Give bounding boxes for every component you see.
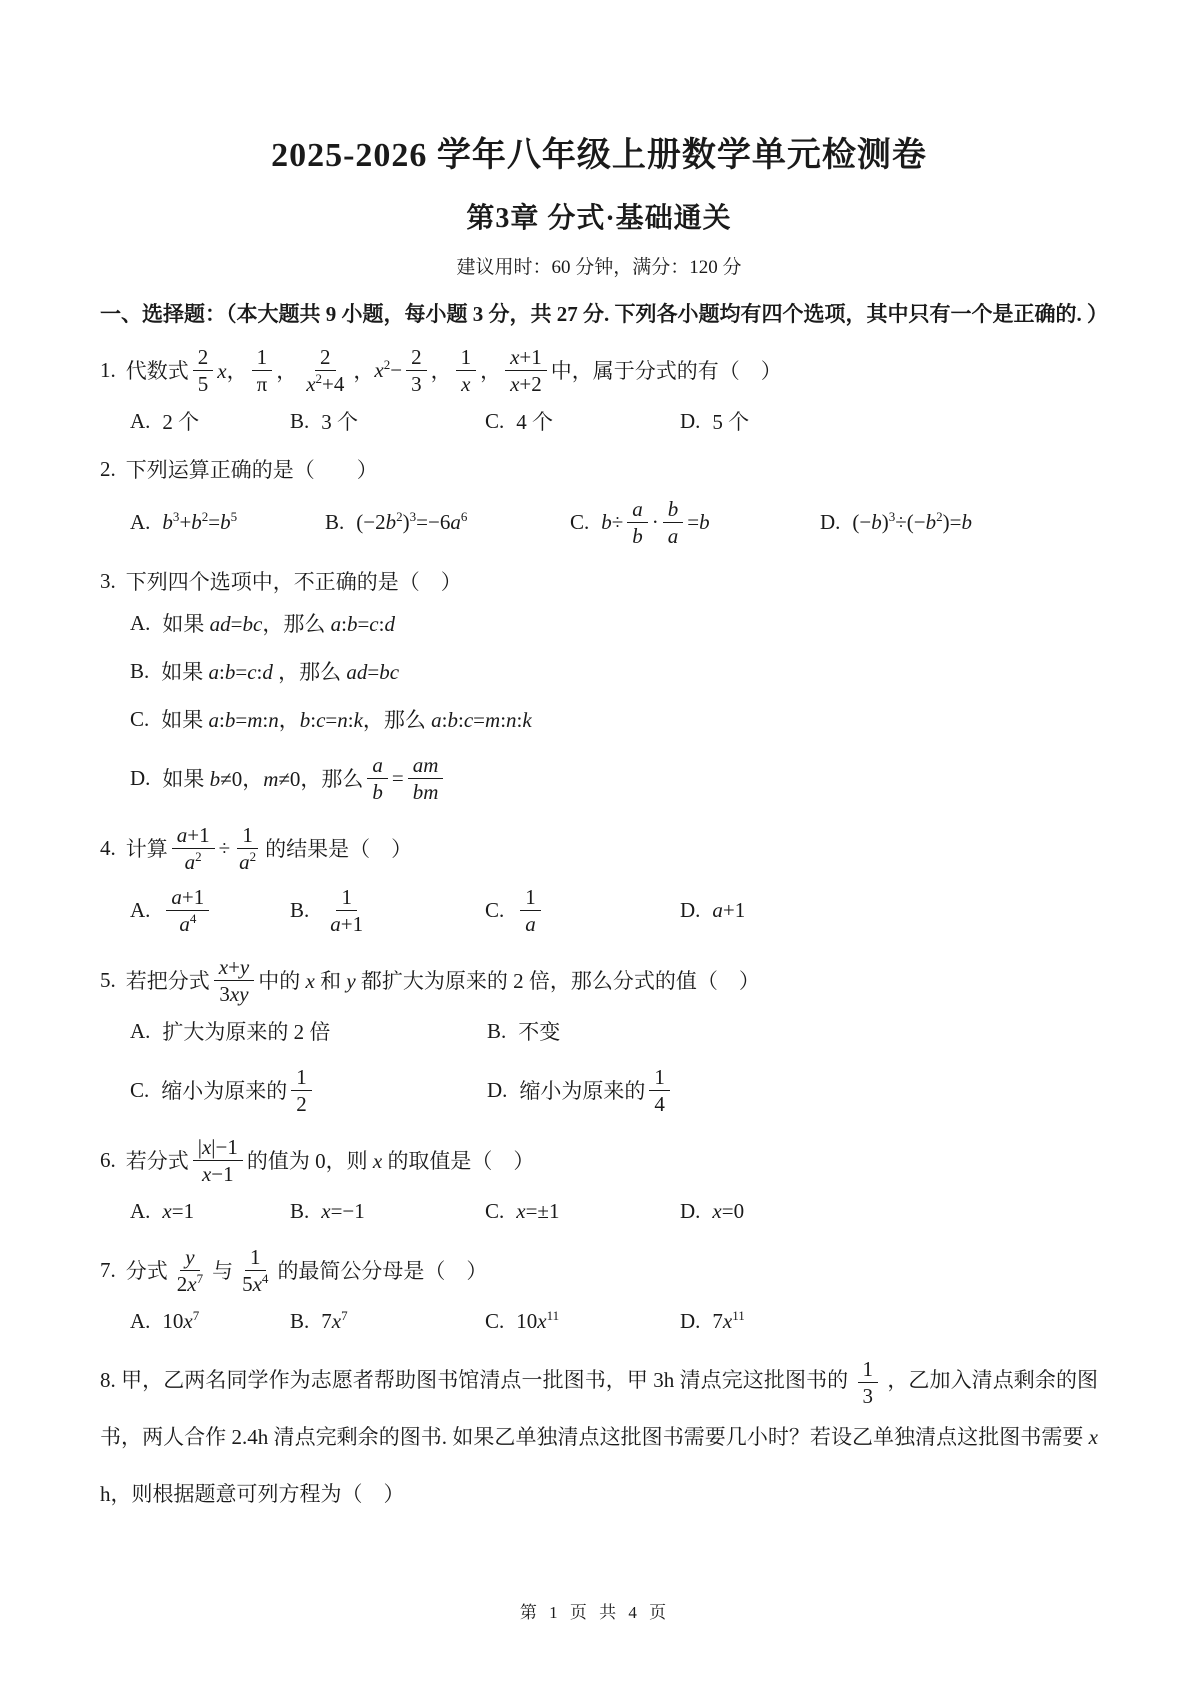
fraction: 1x: [456, 345, 477, 396]
separator: ，: [431, 355, 452, 385]
fraction: 23: [406, 345, 427, 396]
option-d: D.缩小为原来的14: [487, 1062, 1098, 1118]
math-expression: x，: [217, 355, 247, 385]
fraction-denominator: a+1: [325, 911, 368, 936]
option-c: C. b÷ ab · ba =b: [570, 494, 820, 550]
question-part: 甲，乙两名同学作为志愿者帮助图书馆清点一批图书，甲 3h 清点完这批图书的: [121, 1368, 848, 1392]
page-subtitle: 第3章 分式·基础通关: [100, 201, 1098, 236]
question-7-options: A.10x7 B.7x7 C.10x11 D.7x11: [100, 1304, 1098, 1338]
section-heading: 一、选择题：（本大题共 9 小题，每小题 3 分，共 27 分. 下列各小题均有…: [100, 299, 1098, 331]
question-3-option-d: D. 如果 b≠0，m≠0，那么 ab = ambm: [100, 750, 1098, 806]
question-5-options-cd: C.缩小为原来的12 D.缩小为原来的14: [100, 1062, 1098, 1118]
option-label: A.: [130, 510, 150, 535]
fraction-denominator: bm: [408, 779, 444, 804]
question-lead: 分式: [126, 1255, 168, 1285]
option-math: x=1: [162, 1199, 194, 1224]
fraction: ab: [627, 497, 648, 548]
option-c: C.10x11: [485, 1304, 680, 1338]
fraction: a+1a2: [172, 823, 215, 874]
question-2-options: A.b3+b2=b5 B.(−2b2)3=−6a6 C. b÷ ab · ba …: [100, 494, 1098, 550]
question-number: 7.: [100, 1258, 116, 1283]
question-lead: 下列运算正确的是（ ）: [126, 454, 378, 484]
fraction-denominator: a: [663, 523, 684, 548]
question-1-options: A.2 个 B.3 个 C.4 个 D.5 个: [100, 404, 1098, 438]
fraction-numerator: x+1: [505, 345, 547, 371]
question-lead: 若把分式: [126, 965, 210, 995]
option-text: 3 个: [321, 406, 358, 436]
fraction-denominator: b: [627, 523, 648, 548]
option-text: 不变: [518, 1016, 560, 1046]
option-a: A.2 个: [130, 404, 290, 438]
option-label: A.: [130, 898, 150, 923]
option-math: 如果 ad=bc，那么 a:b=c:d: [162, 608, 395, 638]
fraction: x+1x+2: [505, 345, 547, 396]
fraction: 15x4: [237, 1245, 273, 1296]
option-label: C.: [485, 898, 504, 923]
option-label: C.: [485, 1309, 504, 1334]
option-label: B.: [130, 659, 149, 684]
question-6-options: A.x=1 B.x=−1 C.x=±1 D.x=0: [100, 1194, 1098, 1228]
question-lead: 下列四个选项中，不正确的是（ ）: [126, 566, 462, 596]
question-number: 2.: [100, 457, 116, 482]
exam-page: 2025-2026 学年八年级上册数学单元检测卷 第3章 分式·基础通关 建议用…: [0, 0, 1190, 1682]
option-label: A.: [130, 1199, 150, 1224]
option-math: b3+b2=b5: [162, 510, 237, 535]
option-a: A.x=1: [130, 1194, 290, 1228]
question-number: 1.: [100, 358, 116, 383]
fraction-denominator: 5x4: [237, 1271, 273, 1296]
question-tail: 的最简公分母是（ ）: [277, 1255, 487, 1285]
question-3-option-a: A.如果 ad=bc，那么 a:b=c:d: [100, 606, 1098, 640]
fraction-denominator: 4: [649, 1091, 670, 1116]
exam-meta: 建议用时：60 分钟，满分：120 分: [100, 252, 1098, 279]
separator: ，: [276, 355, 297, 385]
question-lead: 若分式: [126, 1145, 189, 1175]
option-math: 如果 b≠0，m≠0，那么: [162, 763, 363, 793]
fraction-denominator: 3: [406, 371, 427, 396]
fraction: 13: [858, 1357, 879, 1408]
fraction-numerator: a: [367, 753, 388, 779]
fraction-numerator: a+1: [172, 823, 215, 849]
multiplication-dot: ·: [652, 510, 659, 535]
fraction-numerator: b: [663, 497, 684, 523]
option-math: x=−1: [321, 1199, 365, 1224]
option-label: D.: [487, 1078, 507, 1103]
question-6-text: 6. 若分式 |x|−1x−1 的值为 0，则 x 的取值是（ ）: [100, 1132, 1098, 1188]
page-footer: 第 1 页 共 4 页: [0, 1598, 1190, 1623]
fraction-denominator: x−1: [197, 1161, 239, 1186]
fraction-numerator: y: [180, 1245, 199, 1271]
question-4-text: 4. 计算 a+1a2 ÷ 1a2 的结果是（ ）: [100, 820, 1098, 876]
option-text: 缩小为原来的: [519, 1075, 645, 1105]
fraction-numerator: |x|−1: [193, 1135, 243, 1161]
separator: ，: [480, 355, 501, 385]
question-1-text: 1. 代数式 25 x， 1π ， 2x2+4 ， x2− 23 ， 1x ， …: [100, 342, 1098, 398]
option-text: 4 个: [516, 406, 553, 436]
option-label: C.: [130, 707, 149, 732]
option-label: B.: [290, 898, 309, 923]
option-math: (−b)3÷(−b2)=b: [852, 510, 972, 535]
question-tail: 中的 x 和 y 都扩大为原来的 2 倍，那么分式的值（ ）: [258, 965, 760, 995]
option-label: C.: [570, 510, 589, 535]
option-label: D.: [680, 898, 700, 923]
option-d: D.(−b)3÷(−b2)=b: [820, 494, 1098, 550]
option-b: B.1a+1: [290, 882, 485, 938]
fraction-numerator: a: [627, 497, 648, 523]
question-part: h，则根据题意可列方程为（ ）: [100, 1482, 405, 1506]
option-label: D.: [130, 766, 150, 791]
question-tail: 中，属于分式的有（ ）: [551, 355, 782, 385]
option-label: A.: [130, 1019, 150, 1044]
option-math: 如果 a:b=c:d ，那么 ad=bc: [161, 656, 399, 686]
option-text: 5 个: [712, 406, 749, 436]
fraction-denominator: a2: [234, 849, 261, 874]
option-b: B.不变: [487, 1014, 1098, 1048]
fraction-numerator: 1: [858, 1357, 879, 1383]
question-tail: 的结果是（ ）: [265, 833, 412, 863]
question-5-text: 5. 若把分式 x+y3xy 中的 x 和 y 都扩大为原来的 2 倍，那么分式…: [100, 952, 1098, 1008]
fraction: 2x2+4: [301, 345, 349, 396]
fraction-denominator: a4: [174, 911, 201, 936]
option-label: D.: [680, 1199, 700, 1224]
fraction: ambm: [408, 753, 444, 804]
fraction-numerator: 2: [193, 345, 214, 371]
option-label: B.: [487, 1019, 506, 1044]
question-3-option-b: B.如果 a:b=c:d ，那么 ad=bc: [100, 654, 1098, 688]
option-b: B.7x7: [290, 1304, 485, 1338]
fraction-numerator: 1: [456, 345, 477, 371]
option-math: x=±1: [516, 1199, 559, 1224]
question-4-options: A.a+1a4 B.1a+1 C.1a D.a+1: [100, 882, 1098, 938]
fraction-numerator: am: [408, 753, 444, 779]
option-label: B.: [290, 1309, 309, 1334]
option-d: D.5 个: [680, 404, 1098, 438]
option-text: 缩小为原来的: [161, 1075, 287, 1105]
option-math: =b: [687, 510, 709, 535]
fraction-numerator: 2: [315, 345, 336, 371]
fraction-numerator: 1: [520, 885, 541, 911]
option-d: D.a+1: [680, 882, 1098, 938]
option-label: D.: [820, 510, 840, 535]
fraction: ba: [663, 497, 684, 548]
option-label: D.: [680, 409, 700, 434]
fraction-denominator: x+2: [505, 371, 547, 396]
option-c: C.x=±1: [485, 1194, 680, 1228]
fraction-numerator: x+y: [214, 955, 255, 981]
question-number: 3.: [100, 569, 116, 594]
option-label: B.: [290, 1199, 309, 1224]
fraction: 1a2: [234, 823, 261, 874]
option-label: C.: [485, 1199, 504, 1224]
question-8-text: 8. 甲，乙两名同学作为志愿者帮助图书馆清点一批图书，甲 3h 清点完这批图书的…: [100, 1352, 1098, 1522]
question-number: 4.: [100, 836, 116, 861]
option-label: A.: [130, 611, 150, 636]
fraction: 12: [291, 1065, 312, 1116]
separator: ，: [353, 355, 374, 385]
fraction: |x|−1x−1: [193, 1135, 243, 1186]
option-a: A.a+1a4: [130, 882, 290, 938]
option-math: x=0: [712, 1199, 744, 1224]
fraction-numerator: 1: [336, 885, 357, 911]
question-tail: 的值为 0，则 x 的取值是（ ）: [247, 1145, 535, 1175]
option-math: a+1: [712, 898, 745, 923]
option-label: B.: [290, 409, 309, 434]
fraction-denominator: a2: [180, 849, 207, 874]
page-title: 2025-2026 学年八年级上册数学单元检测卷: [100, 136, 1098, 177]
fraction-denominator: x: [456, 371, 475, 396]
question-3-text: 3. 下列四个选项中，不正确的是（ ）: [100, 564, 1098, 598]
fraction: x+y3xy: [214, 955, 255, 1006]
fraction: 25: [193, 345, 214, 396]
option-math: 7x7: [321, 1309, 347, 1334]
math-expression: x2−: [374, 358, 402, 383]
option-label: A.: [130, 1309, 150, 1334]
question-number: 5.: [100, 968, 116, 993]
fraction-denominator: 3: [858, 1383, 879, 1408]
fraction-numerator: a+1: [166, 885, 209, 911]
fraction: 14: [649, 1065, 670, 1116]
option-c: C.1a: [485, 882, 680, 938]
division-sign: ÷: [219, 836, 231, 861]
option-a: A.b3+b2=b5: [130, 494, 325, 550]
option-b: B.x=−1: [290, 1194, 485, 1228]
fraction-numerator: 1: [237, 823, 258, 849]
option-c: C.缩小为原来的12: [130, 1062, 487, 1118]
option-math: 10x11: [516, 1309, 559, 1334]
fraction: ab: [367, 753, 388, 804]
option-b: B.(−2b2)3=−6a6: [325, 494, 570, 550]
option-label: C.: [485, 409, 504, 434]
option-label: A.: [130, 409, 150, 434]
fraction: a+1a4: [166, 885, 209, 936]
connector-text: 与: [212, 1255, 233, 1285]
option-math: 7x11: [712, 1309, 744, 1334]
option-label: C.: [130, 1078, 149, 1103]
question-lead: 计算: [126, 833, 168, 863]
exam-content: 2025-2026 学年八年级上册数学单元检测卷 第3章 分式·基础通关 建议用…: [0, 0, 1190, 1522]
fraction-denominator: 2: [291, 1091, 312, 1116]
option-math: 10x7: [162, 1309, 199, 1334]
option-math: 如果 a:b=m:n，b:c=n:k，那么 a:b:c=m:n:k: [161, 704, 531, 734]
fraction-numerator: 1: [245, 1245, 266, 1271]
fraction: 1a+1: [325, 885, 368, 936]
fraction: y2x7: [172, 1245, 208, 1296]
fraction-denominator: a: [520, 911, 541, 936]
fraction-numerator: 2: [406, 345, 427, 371]
option-b: B.3 个: [290, 404, 485, 438]
option-label: D.: [680, 1309, 700, 1334]
fraction-numerator: 1: [649, 1065, 670, 1091]
fraction: 1π: [252, 345, 273, 396]
question-5-options-ab: A.扩大为原来的 2 倍 B.不变: [100, 1014, 1098, 1048]
question-number: 6.: [100, 1148, 116, 1173]
fraction-denominator: 5: [193, 371, 214, 396]
fraction: 1a: [520, 885, 541, 936]
equals-sign: =: [392, 766, 404, 791]
question-2-text: 2. 下列运算正确的是（ ）: [100, 452, 1098, 486]
fraction-denominator: 2x7: [172, 1271, 208, 1296]
fraction-denominator: b: [367, 779, 388, 804]
option-math: b÷: [601, 510, 623, 535]
option-a: A.10x7: [130, 1304, 290, 1338]
option-d: D.7x11: [680, 1304, 1098, 1338]
option-a: A.扩大为原来的 2 倍: [130, 1014, 487, 1048]
fraction-numerator: 1: [291, 1065, 312, 1091]
option-math: (−2b2)3=−6a6: [356, 510, 467, 535]
option-text: 2 个: [162, 406, 199, 436]
math-variable: x: [1089, 1425, 1098, 1449]
option-c: C.4 个: [485, 404, 680, 438]
option-label: B.: [325, 510, 344, 535]
fraction-denominator: π: [252, 371, 273, 396]
question-3-option-c: C.如果 a:b=m:n，b:c=n:k，那么 a:b:c=m:n:k: [100, 702, 1098, 736]
option-text: 扩大为原来的 2 倍: [162, 1016, 330, 1046]
question-7-text: 7. 分式 y2x7 与 15x4 的最简公分母是（ ）: [100, 1242, 1098, 1298]
fraction-denominator: x2+4: [301, 371, 349, 396]
fraction-numerator: 1: [252, 345, 273, 371]
fraction-denominator: 3xy: [214, 981, 253, 1006]
option-d: D.x=0: [680, 1194, 1098, 1228]
question-lead: 代数式: [126, 355, 189, 385]
question-number: 8.: [100, 1368, 116, 1392]
